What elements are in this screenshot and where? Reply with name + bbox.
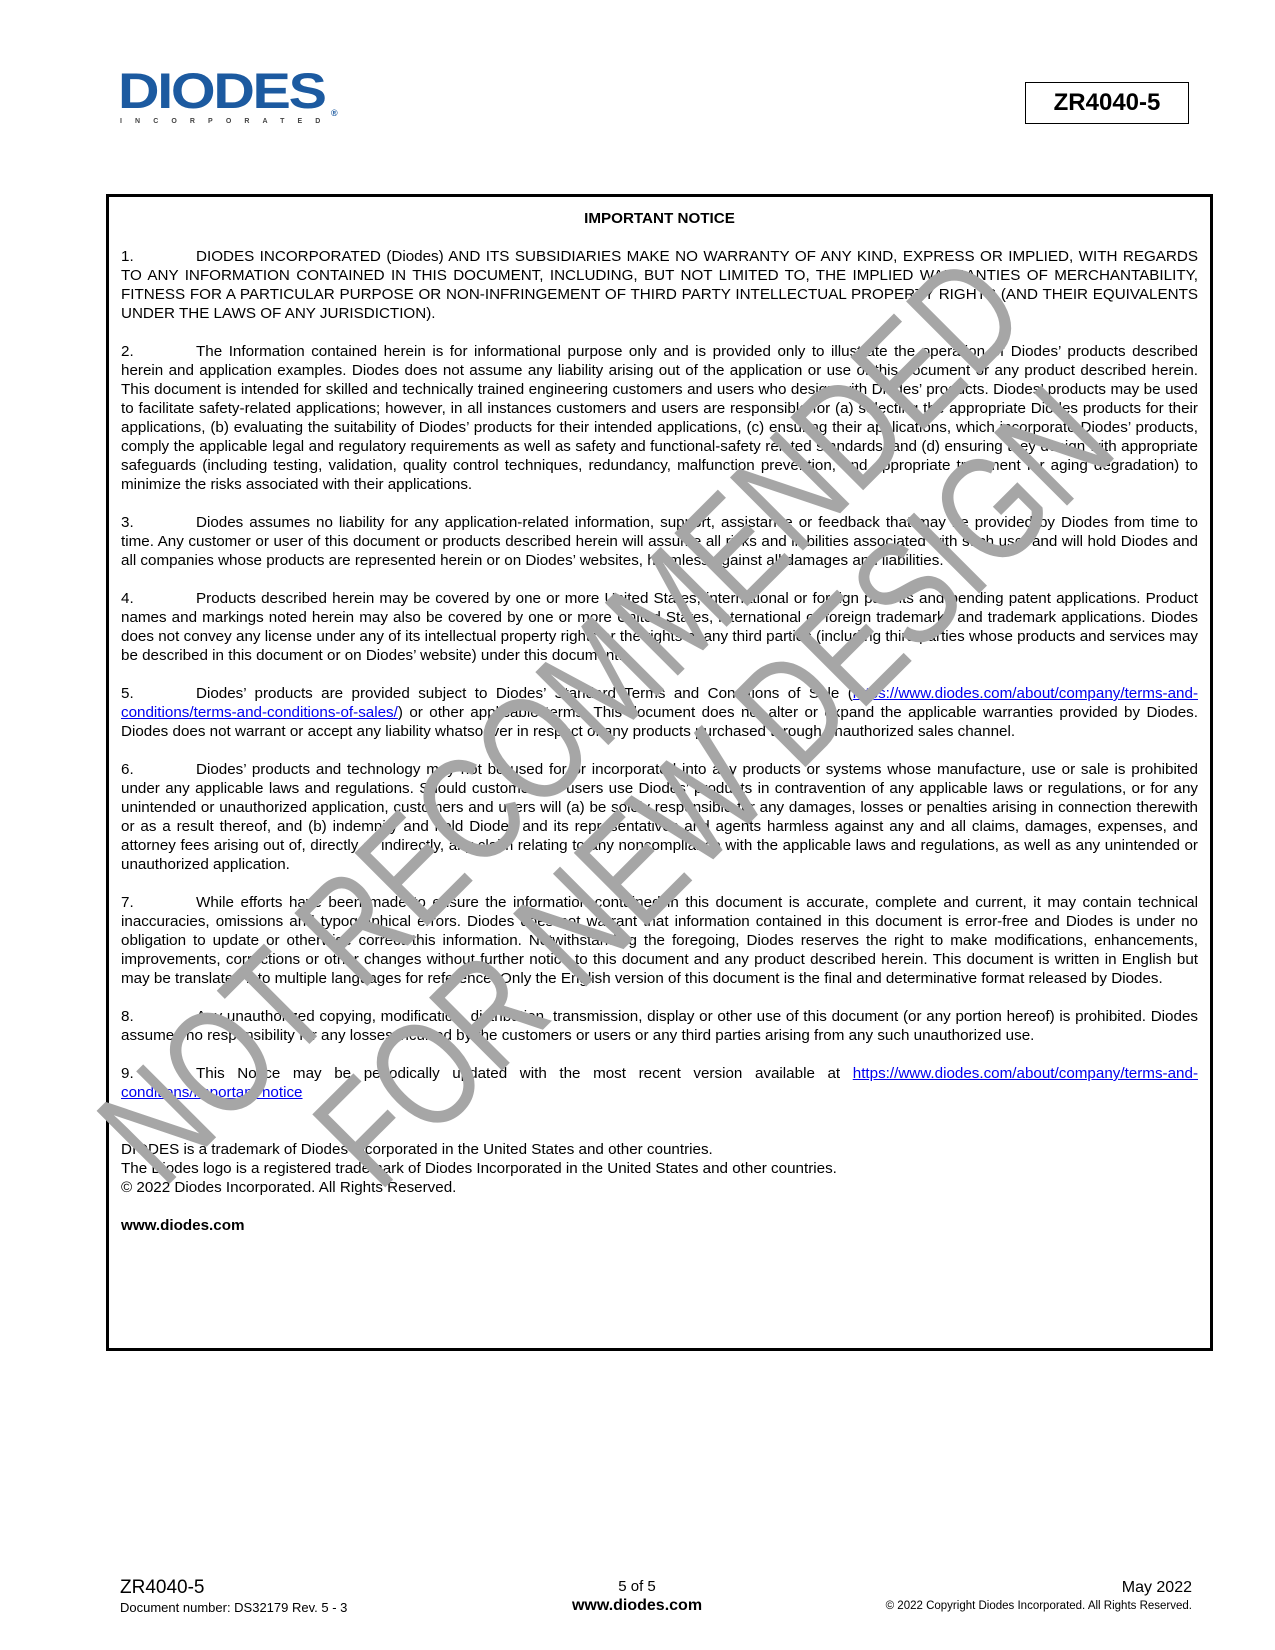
paragraph-number: 9. [121, 1064, 196, 1083]
notice-paragraph-3: 3.Diodes assumes no liability for any ap… [121, 513, 1198, 570]
footer-center: 5 of 5 www.diodes.com [537, 1577, 737, 1616]
footer-copyright: © 2022 Copyright Diodes Incorporated. Al… [886, 1598, 1192, 1615]
footer-part-number: ZR4040-5 [120, 1577, 347, 1599]
logo-wordmark: DIODES [118, 66, 325, 116]
footer-website: www.diodes.com [537, 1596, 737, 1616]
footer-document-number: Document number: DS32179 Rev. 5 - 3 [120, 1599, 347, 1617]
notice-title: IMPORTANT NOTICE [121, 209, 1198, 228]
copyright-line: © 2022 Diodes Incorporated. All Rights R… [121, 1178, 1198, 1197]
notice-paragraph-1: 1.DIODES INCORPORATED (Diodes) AND ITS S… [121, 247, 1198, 323]
paragraph-number: 7. [121, 893, 196, 912]
notice-paragraph-7: 7.While efforts have been made to ensure… [121, 893, 1198, 988]
diodes-logo: DIODES ® INCORPORATED [118, 66, 343, 130]
notice-paragraph-4: 4.Products described herein may be cover… [121, 589, 1198, 665]
paragraph-number: 8. [121, 1007, 196, 1026]
registered-mark-icon: ® [331, 108, 338, 118]
paragraph-number: 2. [121, 342, 196, 361]
paragraph-number: 4. [121, 589, 196, 608]
part-number-box: ZR4040-5 [1025, 82, 1189, 124]
paragraph-text: Diodes’ products and technology may not … [121, 761, 1198, 873]
paragraph-text: This Notice may be periodically updated … [196, 1065, 853, 1082]
notice-paragraph-6: 6.Diodes’ products and technology may no… [121, 760, 1198, 874]
paragraph-text: The Information contained herein is for … [121, 343, 1198, 493]
website-text: www.diodes.com [121, 1216, 1198, 1235]
notice-paragraph-2: 2.The Information contained herein is fo… [121, 342, 1198, 494]
important-notice-box: IMPORTANT NOTICE 1.DIODES INCORPORATED (… [106, 194, 1213, 1351]
paragraph-text: DIODES INCORPORATED (Diodes) AND ITS SUB… [121, 248, 1198, 322]
spacer [121, 1121, 1198, 1140]
trademark-line-2: The Diodes logo is a registered trademar… [121, 1159, 1198, 1178]
paragraph-number: 6. [121, 760, 196, 779]
paragraph-number: 3. [121, 513, 196, 532]
paragraph-text: While efforts have been made to ensure t… [121, 894, 1198, 987]
paragraph-number: 1. [121, 247, 196, 266]
paragraph-text: Any unauthorized copying, modification, … [121, 1008, 1198, 1044]
footer-date: May 2022 [886, 1578, 1192, 1598]
notice-content: IMPORTANT NOTICE 1.DIODES INCORPORATED (… [121, 209, 1198, 1235]
notice-paragraph-8: 8.Any unauthorized copying, modification… [121, 1007, 1198, 1045]
footer-left: ZR4040-5 Document number: DS32179 Rev. 5… [120, 1577, 347, 1617]
paragraph-number: 5. [121, 684, 196, 703]
trademark-line-1: DIODES is a trademark of Diodes Incorpor… [121, 1140, 1198, 1159]
logo-subtext: INCORPORATED [120, 118, 333, 125]
paragraph-text: Diodes assumes no liability for any appl… [121, 514, 1198, 569]
footer-right: May 2022 © 2022 Copyright Diodes Incorpo… [886, 1578, 1192, 1615]
paragraph-text: Products described herein may be covered… [121, 590, 1198, 664]
page-number: 5 of 5 [537, 1577, 737, 1596]
notice-paragraph-5: 5.Diodes’ products are provided subject … [121, 684, 1198, 741]
paragraph-text: Diodes’ products are provided subject to… [196, 685, 853, 702]
notice-paragraph-9: 9.This Notice may be periodically update… [121, 1064, 1198, 1102]
